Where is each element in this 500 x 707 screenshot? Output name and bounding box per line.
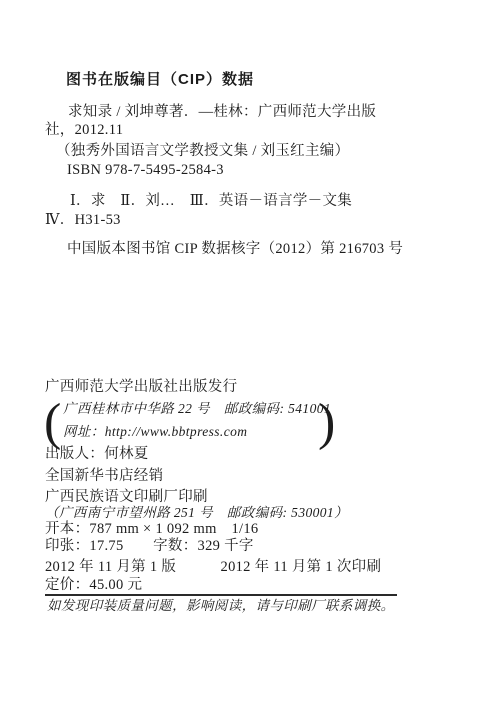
close-paren-glyph: ) (318, 397, 335, 449)
price-line: 定价：45.00 元 (45, 577, 142, 594)
isbn-line: ISBN 978-7-5495-2584-3 (67, 162, 224, 179)
sheets-words-line: 印张：17.75 字数：329 千字 (45, 538, 254, 555)
format-line: 开本：787 mm × 1 092 mm 1/16 (45, 521, 258, 538)
quality-note-line: 如发现印装质量问题，影响阅读，请与印刷厂联系调换。 (47, 598, 395, 614)
open-paren-glyph: ( (44, 397, 61, 449)
cip-series-note: （独秀外国语言文学教授文集 / 刘玉红主编） (56, 143, 349, 160)
cip-entry-line2: 社，2012.11 (45, 122, 123, 139)
cip-record-number: 中国版本图书馆 CIP 数据核字（2012）第 216703 号 (67, 241, 403, 258)
cip-entry-line1: 求知录 / 刘坤尊著．—桂林：广西师范大学出版 (68, 104, 376, 121)
issuer-line: 出版人：何林夏 (45, 446, 149, 463)
publisher-address-line: 广西桂林市中华路 22 号 邮政编码: 541001 (63, 401, 331, 417)
cip-classification-line2: Ⅳ．H31-53 (45, 212, 121, 229)
edition-line: 2012 年 11 月第 1 版 2012 年 11 月第 1 次印刷 (45, 559, 381, 576)
publisher-website-line: 网址：http://www.bbtpress.com (63, 424, 247, 440)
cip-heading: 图书在版编目（CIP）数据 (66, 71, 254, 89)
distribution-line: 全国新华书店经销 (45, 468, 163, 485)
divider-rule (45, 594, 397, 596)
copyright-page: 图书在版编目（CIP）数据 求知录 / 刘坤尊著．—桂林：广西师范大学出版 社，… (0, 0, 500, 707)
cip-classification-line1: Ⅰ．求 Ⅱ．刘… Ⅲ．英语－语言学－文集 (70, 193, 352, 210)
publisher-line: 广西师范大学出版社出版发行 (45, 379, 237, 396)
printer-address-line: （广西南宁市望州路 251 号 邮政编码: 530001） (45, 505, 348, 521)
printer-line: 广西民族语文印刷厂印刷 (45, 489, 208, 506)
